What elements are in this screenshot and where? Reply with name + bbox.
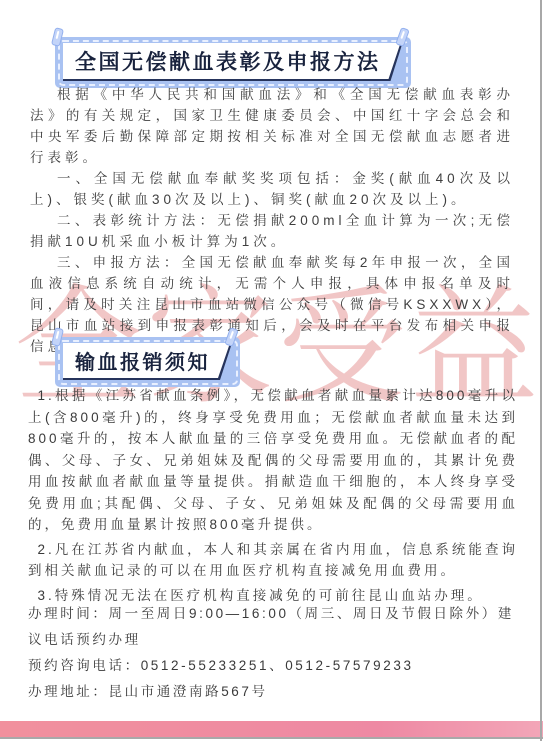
pin-icon bbox=[395, 27, 410, 47]
footer-edge-line bbox=[0, 737, 543, 739]
recognition-title-banner: 全国无偿献血表彰及申报方法 bbox=[55, 37, 411, 88]
pin-icon bbox=[51, 27, 64, 47]
page-right-edge-line bbox=[540, 0, 542, 741]
contact-info: 办理时间：周一至周日9:00—16:00（周三、周日及节假日除外）建议电话预约办… bbox=[28, 601, 520, 705]
banner-card: 全国无偿献血表彰及申报方法 bbox=[63, 43, 403, 81]
flyer-page: 全家受益 全国无偿献血表彰及申报方法 根据《中华人民共和国献血法》和《全国无偿献… bbox=[0, 0, 543, 741]
recognition-title: 全国无偿献血表彰及申报方法 bbox=[63, 43, 403, 81]
reimbursement-title: 输血报销须知 bbox=[63, 343, 232, 380]
address-line: 办理地址：昆山市通澄南路567号 bbox=[28, 679, 520, 705]
footer-pink-bar bbox=[0, 721, 543, 737]
paragraph-counting-method: 二、表彰统计方法：无偿捐献200ml全血计算为一次;无偿捐献10U机采血小板计算… bbox=[30, 210, 514, 252]
banner-card: 输血报销须知 bbox=[63, 343, 232, 380]
paragraph-intro: 根据《中华人民共和国献血法》和《全国无偿献血表彰办法》的有关规定，国家卫生健康委… bbox=[30, 84, 514, 168]
reimbursement-item-2: 2.凡在江苏省内献血，本人和其亲属在省内用血，信息系统能查询到相关献血记录的可以… bbox=[28, 539, 518, 582]
phone-line: 预约咨询电话：0512-55233251、0512-57579233 bbox=[28, 653, 520, 679]
recognition-body: 根据《中华人民共和国献血法》和《全国无偿献血表彰办法》的有关规定，国家卫生健康委… bbox=[30, 84, 514, 357]
reimbursement-body: 1.根据《江苏省献血条例》，无偿献血者献血量累计达800毫升以上(含800毫升)… bbox=[28, 385, 518, 606]
office-hours-line: 办理时间：周一至周日9:00—16:00（周三、周日及节假日除外）建议电话预约办… bbox=[28, 601, 520, 653]
paragraph-awards: 一、全国无偿献血奉献奖奖项包括：金奖(献血40次及以上)、银奖(献血30次及以上… bbox=[30, 168, 514, 210]
reimbursement-title-banner: 输血报销须知 bbox=[55, 337, 240, 387]
reimbursement-item-1: 1.根据《江苏省献血条例》，无偿献血者献血量累计达800毫升以上(含800毫升)… bbox=[28, 385, 518, 536]
